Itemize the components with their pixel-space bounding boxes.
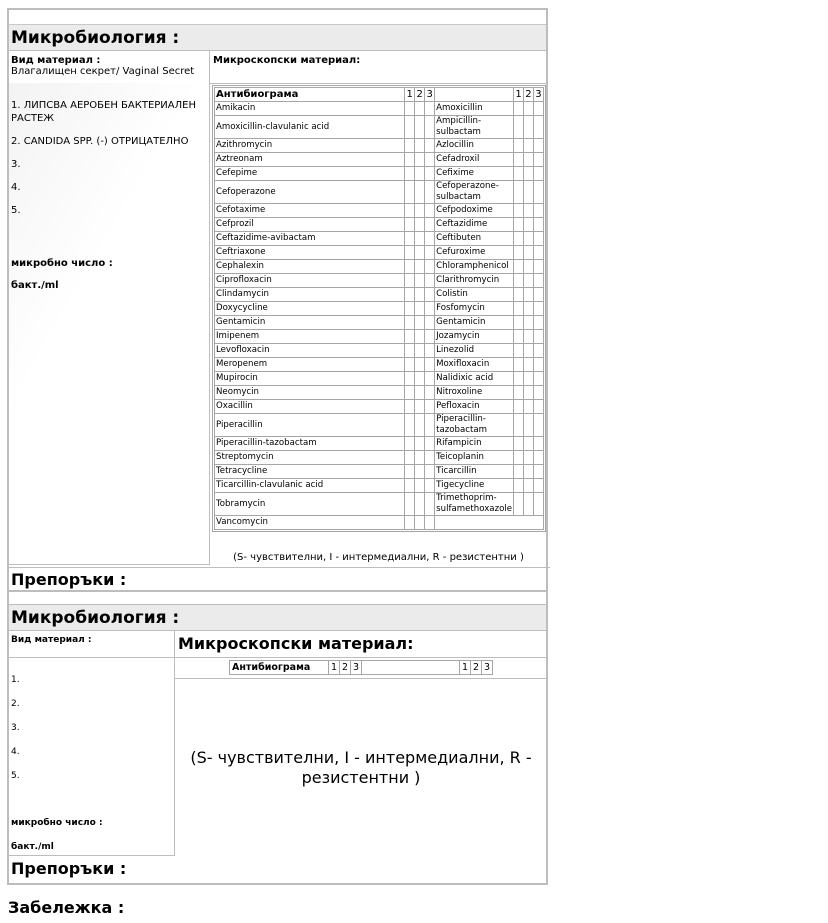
result-cell[interactable]: [523, 414, 533, 437]
result-col-header: 1: [405, 88, 415, 102]
result-cell[interactable]: [425, 358, 435, 372]
antibiotic-name: Clindamycin: [215, 288, 405, 302]
table-row: CeftriaxoneCefuroxime: [215, 246, 544, 260]
result-cell[interactable]: [415, 493, 425, 516]
result-cell[interactable]: [405, 246, 415, 260]
result-cell[interactable]: [533, 414, 543, 437]
antibiotic-name: Vancomycin: [215, 516, 405, 530]
table-row: Ceftazidime-avibactamCeftibuten: [215, 232, 544, 246]
result-cell[interactable]: [523, 288, 533, 302]
table-row: NeomycinNitroxoline: [215, 386, 544, 400]
section-title: Микробиология :: [9, 605, 546, 631]
result-cell[interactable]: [405, 274, 415, 288]
result-cell[interactable]: [415, 232, 425, 246]
result-cell[interactable]: [405, 386, 415, 400]
result-cell[interactable]: [533, 493, 543, 516]
antibiotic-name: Clarithromycin: [435, 274, 514, 288]
microscopy-label: Микроскопски материал:: [178, 634, 414, 653]
result-cell[interactable]: [415, 386, 425, 400]
table-row: Amoxicillin-clavulanic acidAmpicillin-su…: [215, 116, 544, 139]
result-cell[interactable]: [425, 302, 435, 316]
result-cell[interactable]: [523, 372, 533, 386]
table-row: GentamicinGentamicin: [215, 316, 544, 330]
result-col-header: 2: [415, 88, 425, 102]
result-cell[interactable]: [514, 232, 524, 246]
result-cell[interactable]: [405, 372, 415, 386]
antibiotic-name: Teicoplanin: [435, 451, 514, 465]
result-cell[interactable]: [523, 386, 533, 400]
table-row: CefotaximeCefpodoxime: [215, 204, 544, 218]
result-cell[interactable]: [425, 116, 435, 139]
result-cell[interactable]: [514, 372, 524, 386]
note-label: Забележка :: [8, 898, 124, 917]
spacer: [9, 592, 546, 605]
table-row: Piperacillin-tazobactamRifampicin: [215, 437, 544, 451]
result-cell[interactable]: [425, 274, 435, 288]
result-cell[interactable]: [405, 102, 415, 116]
result-cell[interactable]: [415, 465, 425, 479]
result-cell[interactable]: [523, 437, 533, 451]
result-cell[interactable]: [405, 493, 415, 516]
result-cell[interactable]: [514, 288, 524, 302]
result-cell[interactable]: [425, 400, 435, 414]
antibiotic-name: Ceftazidime-avibactam: [215, 232, 405, 246]
material-cell: Вид материал :: [9, 631, 175, 657]
result-cell[interactable]: [523, 358, 533, 372]
result-cell[interactable]: [425, 167, 435, 181]
result-cell[interactable]: [405, 516, 415, 530]
result-cell[interactable]: [514, 400, 524, 414]
result-cell[interactable]: [415, 330, 425, 344]
recommendations-label: Препоръки :: [11, 570, 126, 589]
antibiotic-name: Oxacillin: [215, 400, 405, 414]
result-cell[interactable]: [405, 400, 415, 414]
result-cell[interactable]: [415, 344, 425, 358]
table-row: CefprozilCeftazidime: [215, 218, 544, 232]
result-cell[interactable]: [533, 437, 543, 451]
result-cell[interactable]: [415, 516, 425, 530]
result-cell[interactable]: [405, 181, 415, 204]
result-cell[interactable]: [523, 330, 533, 344]
result-cell[interactable]: [405, 167, 415, 181]
result-cell[interactable]: [415, 400, 425, 414]
result-cell[interactable]: [523, 400, 533, 414]
antibiotic-name: Mupirocin: [215, 372, 405, 386]
result-cell[interactable]: [415, 288, 425, 302]
antibiotic-name: Tigecycline: [435, 479, 514, 493]
sensitivity-legend: (S- чувствителни, I - интермедиални, R -…: [181, 748, 541, 788]
result-cell[interactable]: [514, 167, 524, 181]
result-cell[interactable]: [415, 479, 425, 493]
result-cell[interactable]: [514, 102, 524, 116]
table-row: CefoperazoneCefoperazone-sulbactam: [215, 181, 544, 204]
result-cell[interactable]: [523, 116, 533, 139]
result-cell[interactable]: [425, 181, 435, 204]
antibiogram-header-row: Антибиограма123123: [215, 88, 544, 102]
result-cell[interactable]: [415, 302, 425, 316]
antibiotic-name: Colistin: [435, 288, 514, 302]
microbial-count-label: микробно число :: [11, 258, 113, 269]
result-cell[interactable]: [425, 516, 435, 530]
material-label: Вид материал :: [11, 55, 207, 66]
antibiogram-wrapper: Антибиограма123123AmikacinAmoxicillinAmo…: [212, 85, 546, 532]
result-cell[interactable]: [425, 479, 435, 493]
antibiotic-name: Meropenem: [215, 358, 405, 372]
result-cell[interactable]: [425, 232, 435, 246]
result-cell[interactable]: [533, 465, 543, 479]
result-cell[interactable]: [533, 386, 543, 400]
result-cell[interactable]: [533, 344, 543, 358]
microbiology-section-2: Микробиология : Вид материал : Микроскоп…: [7, 592, 548, 885]
result-cell[interactable]: [405, 479, 415, 493]
antibiotic-name: Chloramphenicol: [435, 260, 514, 274]
result-cell[interactable]: [514, 358, 524, 372]
result-cell[interactable]: [425, 288, 435, 302]
result-cell[interactable]: [514, 116, 524, 139]
result-cell[interactable]: [415, 372, 425, 386]
result-cell[interactable]: [514, 153, 524, 167]
result-cell[interactable]: [533, 116, 543, 139]
result-cell[interactable]: [415, 204, 425, 218]
result-cell[interactable]: [523, 218, 533, 232]
result-cell[interactable]: [405, 414, 415, 437]
microscopy-label: Микроскопски материал:: [213, 55, 360, 66]
col-2: 2: [340, 661, 351, 674]
material-value: Влагалищен секрет/ Vaginal Secret: [11, 66, 207, 77]
result-cell[interactable]: [533, 358, 543, 372]
table-row: CefepimeCefixime: [215, 167, 544, 181]
result-cell[interactable]: [514, 330, 524, 344]
antibiotic-name: Nalidixic acid: [435, 372, 514, 386]
finding-item: 1. ЛИПСВА АЕРОБЕН БАКТЕРИАЛЕН РАСТЕЖ: [11, 99, 207, 125]
result-cell[interactable]: [405, 139, 415, 153]
microscopy-cell: Микроскопски материал:: [175, 631, 417, 657]
result-cell[interactable]: [405, 358, 415, 372]
antibiogram-table: Антибиограма123123AmikacinAmoxicillinAmo…: [214, 87, 544, 530]
result-cell[interactable]: [533, 274, 543, 288]
result-cell[interactable]: [425, 153, 435, 167]
finding-item: 2.: [11, 698, 20, 711]
col-3b: 3: [482, 661, 492, 674]
result-cell[interactable]: [533, 102, 543, 116]
result-cell[interactable]: [533, 232, 543, 246]
result-cell[interactable]: [415, 102, 425, 116]
result-cell[interactable]: [533, 260, 543, 274]
antibiogram-mini-header: Антибиограма 1 2 3 1 2 3: [229, 660, 493, 675]
finding-item: 4.: [11, 746, 20, 759]
result-cell[interactable]: [405, 437, 415, 451]
result-col-header: 3: [425, 88, 435, 102]
result-cell[interactable]: [523, 451, 533, 465]
result-cell[interactable]: [415, 139, 425, 153]
finding-item: 5.: [11, 770, 20, 783]
result-cell[interactable]: [405, 116, 415, 139]
result-cell[interactable]: [533, 167, 543, 181]
antibiotic-name: Ceftibuten: [435, 232, 514, 246]
result-cell[interactable]: [533, 153, 543, 167]
col-3: 3: [351, 661, 362, 674]
finding-item: 5.: [11, 204, 207, 217]
result-cell[interactable]: [533, 246, 543, 260]
antibiotic-name: Ticarcillin-clavulanic acid: [215, 479, 405, 493]
table-row: ClindamycinColistin: [215, 288, 544, 302]
col-1b: 1: [460, 661, 471, 674]
result-cell[interactable]: [514, 274, 524, 288]
material-label: Вид материал :: [11, 635, 172, 645]
table-row: CiprofloxacinClarithromycin: [215, 274, 544, 288]
result-cell[interactable]: [415, 358, 425, 372]
result-cell[interactable]: [425, 372, 435, 386]
antibiotic-name: Linezolid: [435, 344, 514, 358]
result-col-header: 2: [523, 88, 533, 102]
result-cell[interactable]: [415, 116, 425, 139]
result-cell[interactable]: [523, 493, 533, 516]
result-cell[interactable]: [425, 246, 435, 260]
result-cell[interactable]: [533, 400, 543, 414]
antibiotic-name: Neomycin: [215, 386, 405, 400]
result-cell[interactable]: [514, 437, 524, 451]
result-cell[interactable]: [405, 153, 415, 167]
recommendations-row: Препоръки :: [9, 567, 550, 591]
antibiotic-name: Cefoperazone-sulbactam: [435, 181, 514, 204]
result-cell[interactable]: [523, 181, 533, 204]
antibiogram-header: Антибиограма: [215, 88, 405, 102]
result-cell[interactable]: [523, 316, 533, 330]
empty-cell: [435, 516, 544, 530]
antibiotic-name: Cephalexin: [215, 260, 405, 274]
result-cell[interactable]: [514, 260, 524, 274]
result-cell[interactable]: [405, 344, 415, 358]
microscopy-cell: Микроскопски материал:: [210, 51, 363, 83]
antibiotic-name: Cefuroxime: [435, 246, 514, 260]
antibiotic-name: Pefloxacin: [435, 400, 514, 414]
antibiotic-name: Ticarcillin: [435, 465, 514, 479]
result-cell[interactable]: [533, 330, 543, 344]
antibiotic-name: Nitroxoline: [435, 386, 514, 400]
result-cell[interactable]: [514, 479, 524, 493]
result-cell[interactable]: [533, 372, 543, 386]
result-cell[interactable]: [514, 218, 524, 232]
result-cell[interactable]: [425, 102, 435, 116]
col-1: 1: [329, 661, 340, 674]
result-cell[interactable]: [405, 204, 415, 218]
result-cell[interactable]: [533, 451, 543, 465]
result-cell[interactable]: [533, 218, 543, 232]
result-cell[interactable]: [415, 274, 425, 288]
result-cell[interactable]: [425, 316, 435, 330]
table-row: MeropenemMoxifloxacin: [215, 358, 544, 372]
unit-label: бакт./ml: [11, 280, 59, 291]
antibiotic-name: Cefepime: [215, 167, 405, 181]
antibiotic-name: Cefpodoxime: [435, 204, 514, 218]
result-cell[interactable]: [523, 260, 533, 274]
result-cell[interactable]: [514, 386, 524, 400]
table-row: OxacillinPefloxacin: [215, 400, 544, 414]
result-cell[interactable]: [523, 302, 533, 316]
antibiotic-name: Piperacillin-tazobactam: [435, 414, 514, 437]
result-cell[interactable]: [405, 330, 415, 344]
result-cell[interactable]: [533, 316, 543, 330]
antibiotic-name: Imipenem: [215, 330, 405, 344]
antibiotic-name: Doxycycline: [215, 302, 405, 316]
table-row: AmikacinAmoxicillin: [215, 102, 544, 116]
result-cell[interactable]: [415, 260, 425, 274]
antibiotic-name: Piperacillin: [215, 414, 405, 437]
result-cell[interactable]: [523, 465, 533, 479]
antibiotic-name: Levofloxacin: [215, 344, 405, 358]
result-cell[interactable]: [514, 465, 524, 479]
antibiogram-header-row: Антибиограма 1 2 3 1 2 3: [175, 656, 546, 679]
result-cell[interactable]: [405, 451, 415, 465]
antibiotic-name: Gentamicin: [435, 316, 514, 330]
result-cell[interactable]: [415, 437, 425, 451]
antibiotic-name: Ceftriaxone: [215, 246, 405, 260]
sensitivity-legend: (S- чувствителни, I - интермедиални, R -…: [211, 552, 546, 563]
col-2b: 2: [471, 661, 482, 674]
result-cell[interactable]: [523, 139, 533, 153]
table-row: AztreonamCefadroxil: [215, 153, 544, 167]
result-cell[interactable]: [415, 246, 425, 260]
table-row: AzithromycinAzlocillin: [215, 139, 544, 153]
antibiotic-name: Jozamycin: [435, 330, 514, 344]
result-cell[interactable]: [425, 204, 435, 218]
result-cell[interactable]: [523, 102, 533, 116]
antibiotic-name: Ceftazidime: [435, 218, 514, 232]
antibiogram-header: Антибиограма: [230, 661, 329, 674]
result-cell[interactable]: [425, 344, 435, 358]
result-cell[interactable]: [405, 302, 415, 316]
antibiotic-name: Ciprofloxacin: [215, 274, 405, 288]
result-cell[interactable]: [425, 330, 435, 344]
antibiotic-name: Ampicillin-sulbactam: [435, 116, 514, 139]
finding-item: 4.: [11, 181, 207, 194]
unit-label: бакт./ml: [11, 842, 54, 852]
antibiotic-name: Amoxicillin-clavulanic acid: [215, 116, 405, 139]
result-cell[interactable]: [514, 246, 524, 260]
table-row: DoxycyclineFosfomycin: [215, 302, 544, 316]
result-cell[interactable]: [405, 465, 415, 479]
result-cell[interactable]: [405, 218, 415, 232]
table-row: TetracyclineTicarcillin: [215, 465, 544, 479]
result-cell[interactable]: [523, 344, 533, 358]
antibiotic-name: Aztreonam: [215, 153, 405, 167]
antibiotic-name: Gentamicin: [215, 316, 405, 330]
result-cell[interactable]: [514, 493, 524, 516]
result-cell[interactable]: [405, 260, 415, 274]
antibiotic-name: Cefixime: [435, 167, 514, 181]
antibiotic-name: Streptomycin: [215, 451, 405, 465]
material-cell: Вид материал : Влагалищен секрет/ Vagina…: [9, 51, 210, 83]
finding-item: 2. CANDIDA SPP. (-) ОТРИЦАТЕЛНО: [11, 135, 207, 148]
result-cell[interactable]: [533, 204, 543, 218]
finding-item: 3.: [11, 158, 207, 171]
result-cell[interactable]: [514, 139, 524, 153]
result-cell[interactable]: [514, 451, 524, 465]
antibiogram-header-2: [435, 88, 514, 102]
result-cell[interactable]: [514, 344, 524, 358]
antibiotic-name: Cefotaxime: [215, 204, 405, 218]
result-col-header: 3: [533, 88, 543, 102]
result-cell[interactable]: [415, 316, 425, 330]
result-cell[interactable]: [523, 274, 533, 288]
result-cell[interactable]: [425, 260, 435, 274]
result-cell[interactable]: [533, 288, 543, 302]
result-cell[interactable]: [514, 181, 524, 204]
result-cell[interactable]: [425, 465, 435, 479]
antibiotic-name: Amikacin: [215, 102, 405, 116]
result-cell[interactable]: [415, 181, 425, 204]
antibiotic-name: Tobramycin: [215, 493, 405, 516]
result-cell[interactable]: [425, 139, 435, 153]
result-cell[interactable]: [514, 204, 524, 218]
result-cell[interactable]: [523, 479, 533, 493]
table-row: LevofloxacinLinezolid: [215, 344, 544, 358]
result-cell[interactable]: [415, 167, 425, 181]
result-cell[interactable]: [523, 204, 533, 218]
result-cell[interactable]: [405, 232, 415, 246]
antibiotic-name: Azithromycin: [215, 139, 405, 153]
table-row: ImipenemJozamycin: [215, 330, 544, 344]
antibiotic-name: Cefprozil: [215, 218, 405, 232]
result-cell[interactable]: [415, 414, 425, 437]
microbial-count-label: микробно число :: [11, 818, 103, 828]
recommendations-label: Препоръки :: [11, 859, 126, 878]
result-cell[interactable]: [425, 451, 435, 465]
result-cell[interactable]: [533, 139, 543, 153]
findings-panel: 1. ЛИПСВА АЕРОБЕН БАКТЕРИАЛЕН РАСТЕЖ2. C…: [9, 83, 210, 565]
result-cell[interactable]: [425, 437, 435, 451]
section-title: Микробиология :: [9, 25, 546, 51]
antibiotic-name: Rifampicin: [435, 437, 514, 451]
antibiotic-name: Trimethoprim-sulfamethoxazole: [435, 493, 514, 516]
result-cell[interactable]: [514, 414, 524, 437]
result-cell[interactable]: [425, 493, 435, 516]
result-cell[interactable]: [425, 218, 435, 232]
result-cell[interactable]: [405, 316, 415, 330]
result-cell[interactable]: [415, 218, 425, 232]
table-row: PiperacillinPiperacillin-tazobactam: [215, 414, 544, 437]
result-cell[interactable]: [405, 288, 415, 302]
recommendations-row: Препоръки :: [9, 857, 128, 880]
result-cell[interactable]: [523, 153, 533, 167]
result-cell[interactable]: [425, 414, 435, 437]
finding-item: 1.: [11, 674, 20, 687]
table-row: CephalexinChloramphenicol: [215, 260, 544, 274]
result-cell[interactable]: [523, 167, 533, 181]
result-cell[interactable]: [523, 246, 533, 260]
table-row: TobramycinTrimethoprim-sulfamethoxazole: [215, 493, 544, 516]
result-cell[interactable]: [533, 181, 543, 204]
antibiotic-name: Amoxicillin: [435, 102, 514, 116]
table-row: Vancomycin: [215, 516, 544, 530]
result-cell[interactable]: [523, 232, 533, 246]
result-cell[interactable]: [533, 302, 543, 316]
microbiology-section-1: Микробиология : Вид материал : Влагалище…: [7, 8, 548, 592]
table-row: StreptomycinTeicoplanin: [215, 451, 544, 465]
result-cell[interactable]: [533, 479, 543, 493]
result-cell[interactable]: [415, 451, 425, 465]
table-row: Ticarcillin-clavulanic acidTigecycline: [215, 479, 544, 493]
result-cell[interactable]: [425, 386, 435, 400]
top-bar: [9, 10, 546, 25]
table-row: MupirocinNalidixic acid: [215, 372, 544, 386]
antibiotic-name: Fosfomycin: [435, 302, 514, 316]
findings-panel: 1.2.3.4.5. микробно число : бакт./ml: [9, 656, 175, 856]
antibiotic-name: Moxifloxacin: [435, 358, 514, 372]
result-cell[interactable]: [514, 316, 524, 330]
result-cell[interactable]: [415, 153, 425, 167]
result-cell[interactable]: [514, 302, 524, 316]
